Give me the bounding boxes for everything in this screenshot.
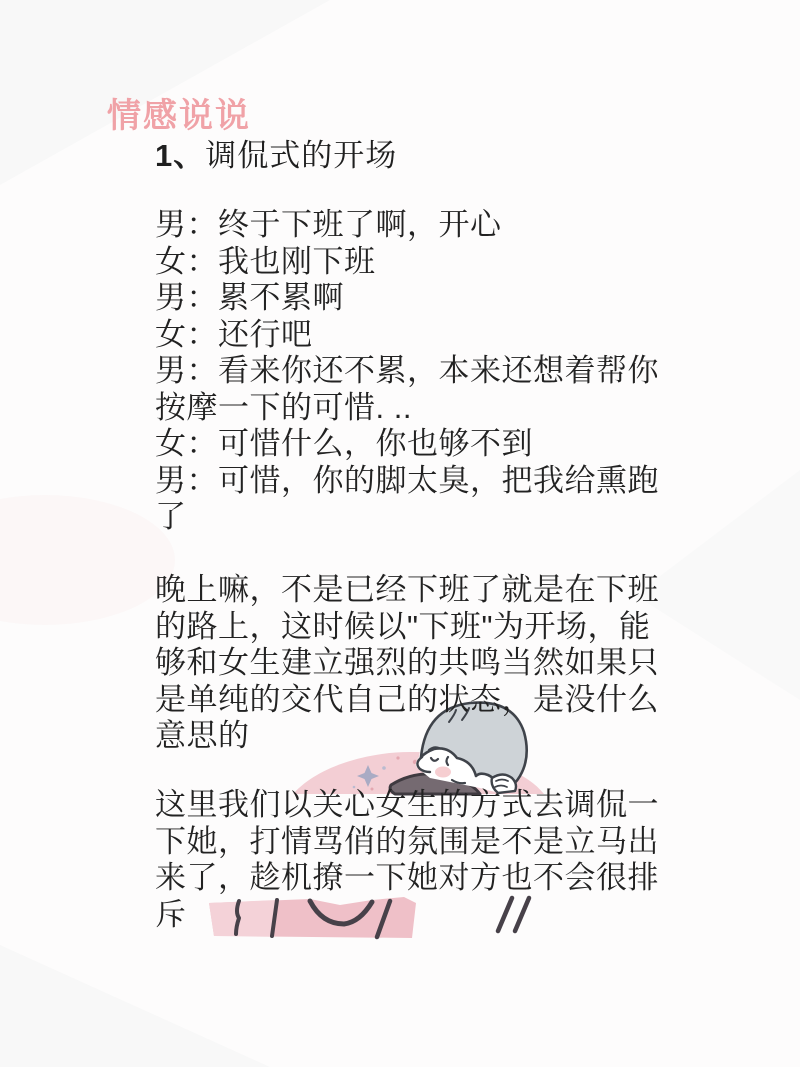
explanation-paragraph-1: 晚上嘛，不是已经下班了就是在下班 的路上，这时候以"下班"为开场，能 够和女生建… [155, 572, 715, 755]
paragraph-line: 斥 [155, 897, 715, 934]
page: 情感说说 1、调侃式的开场 男：终于下班了啊，开心 女：我也刚下班 男：累不累啊… [0, 0, 800, 1067]
dialogue-line: 男：终于下班了啊，开心 [155, 207, 715, 244]
section-number: 1、 [155, 138, 205, 173]
paragraph-line: 这里我们以关心女生的方式去调侃一 [155, 787, 715, 824]
dialogue-line: 了 [155, 499, 715, 536]
dialogue-line: 男：累不累啊 [155, 280, 715, 317]
section-title: 调侃式的开场 [205, 138, 397, 173]
paragraph-line: 下她，打情骂俏的氛围是不是立马出 [155, 824, 715, 861]
dialogue-line: 男：看来你还不累，本来还想着帮你 [155, 353, 715, 390]
paragraph-line: 是单纯的交代自己的状态，是没什么 [155, 682, 715, 719]
paragraph-line: 的路上，这时候以"下班"为开场，能 [155, 609, 715, 646]
paragraph-line: 够和女生建立强烈的共鸣当然如果只 [155, 645, 715, 682]
dialogue-line: 女：我也刚下班 [155, 244, 715, 281]
dialogue-line: 女：还行吧 [155, 317, 715, 354]
paragraph-line: 来了，趁机撩一下她对方也不会很排 [155, 860, 715, 897]
paragraph-line: 晚上嘛，不是已经下班了就是在下班 [155, 572, 715, 609]
page-title: 情感说说 [107, 99, 251, 133]
dialogue-line: 男：可惜，你的脚太臭，把我给熏跑 [155, 463, 715, 500]
dialogue-line: 按摩一下的可惜. .. [155, 390, 715, 427]
paragraph-line: 意思的 [155, 718, 715, 755]
explanation-paragraph-2: 这里我们以关心女生的方式去调侃一 下她，打情骂俏的氛围是不是立马出 来了，趁机撩… [155, 787, 715, 933]
section-heading: 1、调侃式的开场 [155, 138, 397, 174]
dialogue-line: 女：可惜什么，你也够不到 [155, 426, 715, 463]
dialogue-block: 男：终于下班了啊，开心 女：我也刚下班 男：累不累啊 女：还行吧 男：看来你还不… [155, 207, 715, 536]
